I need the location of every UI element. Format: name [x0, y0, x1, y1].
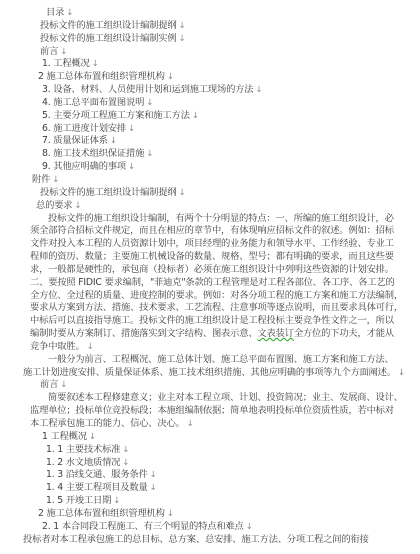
text-line: 前言↓ [0, 46, 420, 59]
line-break-mark-icon: ↓ [150, 470, 157, 480]
text-line: 目录↓ [0, 7, 420, 20]
document-page: 目录↓投标文件的施工组织设计编制提纲↓投标文件的施工组织设计编制实例↓前言↓1.… [0, 0, 420, 554]
line-text: 投标者对本工程承包施工的总目标、总方案、总安排、施工方法、分项工程之间的衔接 [23, 534, 369, 545]
line-break-mark-icon: ↓ [128, 124, 135, 134]
line-text: 前言 [40, 379, 58, 390]
line-text: 编制时要从方案制订、措施落实到文字结构、图表示意、 [30, 328, 257, 339]
line-text: 中标后可以直接指导施工。投标文件的施工组织设计是工程投标主要竞争性文件之一，所以 [30, 315, 394, 326]
line-text: 须全部符合招标文件规定，而且在相应的章节中，有体现响应招标文件的叙述。例如：招标 [30, 225, 394, 236]
line-text: 投标文件的施工组织设计编制，有两个十分明显的特点：一、所编的施工组织设计，必 [48, 213, 394, 224]
text-line: 3. 设备、材料、人员使用计划和运到施工现场的方法↓ [0, 84, 420, 97]
line-break-mark-icon: ↓ [178, 188, 185, 198]
text-line: 竞争中取胜。↓ [0, 341, 420, 354]
text-line: 1. 1 主要技术标准↓ [0, 444, 420, 457]
text-line: 要求从方案到方法、措施、技术要求、工艺流程、注意事项等逐点说明，而且要求具体可行… [0, 302, 420, 315]
text-line: 全方位、全过程的质量、进度控制的要求。例如：对各分项工程的施工方案和施工方法编制… [0, 290, 420, 303]
text-line: 附件↓ [0, 174, 420, 187]
text-line: 1. 3 沿线交通、服务条件↓ [0, 469, 420, 482]
text-line: 9. 其他应明确的事项↓ [0, 161, 420, 174]
text-line: 6. 施工进度计划安排↓ [0, 123, 420, 136]
line-text: 2. 1 本合同段工程施工、有三个明显的特点和难点 [42, 521, 244, 532]
line-text: 9. 其他应明确的事项 [42, 161, 126, 172]
text-line: 5. 主要分项工程施工方案和施工方法↓ [0, 110, 420, 123]
line-break-mark-icon: ↓ [178, 34, 185, 44]
text-line: 1. 工程概况↓ [0, 58, 420, 71]
line-text: 3. 设备、材料、人员使用计划和运到施工现场的方法 [42, 84, 253, 95]
line-text: 附件 [32, 174, 50, 185]
line-text: 求，一般都是硬性的，承包商（投标者）必须在施工组织设计中列明这些资源的计划安排。 [30, 264, 394, 275]
text-line: 1 工程概况↓ [0, 431, 420, 444]
text-line: 投标文件的施工组织设计编制实例↓ [0, 33, 420, 46]
line-break-mark-icon: ↓ [150, 483, 157, 493]
line-text: 本工程承包施工的能力、信心、决心。 [30, 418, 185, 429]
text-line: 前言↓ [0, 379, 420, 392]
line-break-mark-icon: ↓ [398, 368, 405, 378]
line-text: 文件对投入本工程的人员资源计划中，项目经理的业务能力和领导水平、工作经验、专业工 [30, 238, 394, 249]
line-text: 1. 4 主要工程项目及数量 [46, 482, 148, 493]
text-line: 2 施工总体布置和组织管理机构↓ [0, 508, 420, 521]
text-line: 1. 2 水文地质情况↓ [0, 457, 420, 470]
line-text: 7. 质量保证体系 [42, 135, 108, 146]
line-break-mark-icon: ↓ [122, 445, 129, 455]
line-text: 要求从方案到方法、措施、技术要求、工艺流程、注意事项等逐点说明，而且要求具体可行… [30, 302, 403, 313]
line-text: 一般分为前言、工程概况、施工总体计划、施工总平面布置图、施工方案和施工方法、 [48, 354, 394, 365]
line-break-mark-icon: ↓ [113, 496, 120, 506]
text-line: 本工程承包施工的能力、信心、决心。↓ [0, 418, 420, 431]
line-break-mark-icon: ↓ [246, 522, 253, 532]
line-text: 5. 主要分项工程施工方案和施工方法 [42, 110, 190, 121]
line-text: 1. 5 开竣工日期 [46, 495, 111, 506]
line-text: 6. 施工进度计划安排 [42, 123, 126, 134]
line-text: 施工计划进度安排、质量保证体系、施工技术组织措施、其他应明确的事项等九个方面阐述… [23, 367, 396, 378]
line-text: 前言 [40, 46, 58, 57]
line-break-mark-icon: ↓ [66, 8, 73, 18]
text-line: 1. 4 主要工程项目及数量↓ [0, 482, 420, 495]
line-text: 全方位、全过程的质量、进度控制的要求。例如：对各分项工程的施工方案和施工方法编制… [30, 290, 403, 301]
line-text: 程师的资历、数量；主要施工机械设备的数量、规格、型号；都有明确的要求，而且这些要 [30, 251, 394, 262]
line-text: 4. 施工总平面布置图说明 [42, 97, 144, 108]
text-line: 文件对投入本工程的人员资源计划中，项目经理的业务能力和领导水平、工作经验、专业工 [0, 238, 420, 251]
text-line: 投标文件的施工组织设计编制，有两个十分明显的特点：一、所编的施工组织设计，必 [0, 213, 420, 226]
line-break-mark-icon: ↓ [146, 149, 153, 159]
text-line: 施工计划进度安排、质量保证体系、施工技术组织措施、其他应明确的事项等九个方面阐述… [0, 367, 420, 380]
text-line: 投标文件的施工组织设计编制提纲↓ [0, 20, 420, 33]
line-break-mark-icon: ↓ [60, 380, 67, 390]
line-text: 投标文件的施工组织设计编制提纲 [40, 187, 176, 198]
text-line: 投标文件的施工组织设计编制提纲↓ [0, 187, 420, 200]
line-text: 1. 工程概况 [42, 58, 90, 69]
spellcheck-word: 文表装订 [257, 328, 293, 339]
text-line: 一般分为前言、工程概况、施工总体计划、施工总平面布置图、施工方案和施工方法、 [0, 354, 420, 367]
line-break-mark-icon: ↓ [192, 111, 199, 121]
line-text: 2 施工总体布置和组织管理机构 [38, 508, 165, 519]
line-text: 8. 施工技术组织保证措施 [42, 148, 144, 159]
line-break-mark-icon: ↓ [74, 201, 81, 211]
text-line: 二、要按照 FIDIC 要求编制，"菲迪克"条款的工程管理是对工程各部位、各工序… [0, 277, 420, 290]
line-break-mark-icon: ↓ [178, 21, 185, 31]
line-break-mark-icon: ↓ [92, 59, 99, 69]
line-text: 1. 1 主要技术标准 [46, 444, 120, 455]
text-line: 投标者对本工程承包施工的总目标、总方案、总安排、施工方法、分项工程之间的衔接 [0, 534, 420, 547]
text-line: 2. 1 本合同段工程施工、有三个明显的特点和难点↓ [0, 521, 420, 534]
line-break-mark-icon: ↓ [52, 175, 59, 185]
text-line: 监理单位；投标单位竞投标段；本施组编制依据；简单地表明投标单位资质性质，若中标对 [0, 405, 420, 418]
line-text: 投标文件的施工组织设计编制实例 [40, 33, 176, 44]
text-line: 中标后可以直接指导施工。投标文件的施工组织设计是工程投标主要竞争性文件之一，所以 [0, 315, 420, 328]
line-break-mark-icon: ↓ [110, 136, 117, 146]
text-line: 程师的资历、数量；主要施工机械设备的数量、规格、型号；都有明确的要求，而且这些要 [0, 251, 420, 264]
line-text: 1. 2 水文地质情况 [46, 457, 120, 468]
line-text: 2 施工总体布置和组织管理机构 [38, 71, 165, 82]
line-break-mark-icon: ↓ [167, 72, 174, 82]
line-break-mark-icon: ↓ [128, 162, 135, 172]
text-line: 总的要求↓ [0, 200, 420, 213]
line-break-mark-icon: ↓ [122, 458, 129, 468]
line-text: 1. 3 沿线交通、服务条件 [46, 469, 148, 480]
line-text: 总的要求 [36, 200, 72, 211]
line-text: 1 工程概况 [42, 431, 87, 442]
line-break-mark-icon: ↓ [255, 85, 262, 95]
text-line: 7. 质量保证体系↓ [0, 135, 420, 148]
text-line: 8. 施工技术组织保证措施↓ [0, 148, 420, 161]
line-text: 全方位的下功夫，才能从 [294, 328, 394, 339]
line-break-mark-icon: ↓ [187, 419, 194, 429]
line-break-mark-icon: ↓ [60, 47, 67, 57]
line-text: 竞争中取胜。 [30, 341, 85, 352]
document-body: 目录↓投标文件的施工组织设计编制提纲↓投标文件的施工组织设计编制实例↓前言↓1.… [0, 7, 420, 546]
line-break-mark-icon: ↓ [167, 509, 174, 519]
line-break-mark-icon: ↓ [146, 98, 153, 108]
line-text: 目录 [46, 7, 64, 18]
line-break-mark-icon: ↓ [87, 342, 94, 352]
text-line: 须全部符合招标文件规定，而且在相应的章节中，有体现响应招标文件的叙述。例如：招标 [0, 225, 420, 238]
text-line: 求，一般都是硬性的，承包商（投标者）必须在施工组织设计中列明这些资源的计划安排。 [0, 264, 420, 277]
text-line: 简要叙述本工程修建意义；业主对本工程立项、计划、投资简况；业主、发展商、设计、 [0, 392, 420, 405]
line-break-mark-icon: ↓ [89, 432, 96, 442]
text-line: 1. 5 开竣工日期↓ [0, 495, 420, 508]
text-line: 2 施工总体布置和组织管理机构↓ [0, 71, 420, 84]
text-line: 编制时要从方案制订、措施落实到文字结构、图表示意、文表装订全方位的下功夫，才能从 [0, 328, 420, 341]
line-text: 监理单位；投标单位竞投标段；本施组编制依据；简单地表明投标单位资质性质，若中标对 [30, 405, 394, 416]
text-line: 4. 施工总平面布置图说明↓ [0, 97, 420, 110]
line-text: 简要叙述本工程修建意义；业主对本工程立项、计划、投资简况；业主、发展商、设计、 [48, 392, 403, 403]
line-text: 投标文件的施工组织设计编制提纲 [40, 20, 176, 31]
line-text: 二、要按照 FIDIC 要求编制，"菲迪克"条款的工程管理是对工程各部位、各工序… [30, 277, 395, 288]
